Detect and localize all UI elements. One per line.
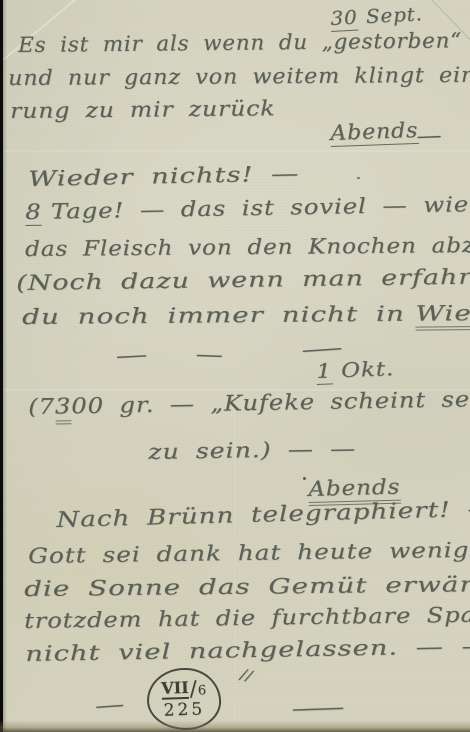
separator-dash: — — [195, 342, 224, 367]
footer-dash-left: — — [94, 692, 126, 718]
date-heading-sept: 30Sept. — [330, 4, 423, 31]
stamp-roman-numeral: VII — [161, 680, 189, 700]
paper-speck-red — [303, 477, 306, 480]
stamp-fraction: VII / 6 — [161, 678, 206, 701]
handwriting-line: Wieder nichts! — — [28, 161, 300, 191]
manuscript-page: 30Sept. Es ist mir als wenn du „gestorbe… — [0, 0, 470, 732]
underlined-number: 8 — [25, 200, 42, 226]
stray-pencil-marks: // — [239, 666, 255, 686]
underlined-wien: Wien — [415, 301, 470, 331]
handwriting-line: zu sein.) — — — [148, 436, 356, 464]
stamp-six: 6 — [198, 684, 207, 697]
handwriting-line: (7300 gr. — „Kufeke scheint sehr gut — [28, 387, 470, 421]
handwriting-line: das Fleisch von den Knochen abziehen. — — [25, 232, 470, 261]
handwriting-line: rung zu mir zurück — [10, 96, 276, 123]
page-edge-left-shadow — [3, 0, 7, 732]
handwriting-line: 8Tage! — das ist soviel — wie einem — [25, 191, 470, 225]
handwriting-line: (Noch dazu wenn man erfahren, daß — [16, 263, 470, 295]
handwriting-line: Gott sei dank hat heute wenigstens — [28, 537, 470, 568]
date-day: 1 — [316, 358, 332, 385]
signoff-abends: Abends — [330, 118, 419, 145]
separator-dash: — — [115, 342, 149, 368]
date-month: Okt. — [341, 356, 395, 382]
crease-horizontal-upper — [0, 150, 470, 152]
paper-speck-dark — [357, 177, 360, 179]
date-month: Sept. — [365, 3, 423, 28]
handwriting-line: Nach Brünn telegraphiert! — — [56, 498, 470, 534]
handwriting-line: du noch immer nicht inWien.) — [22, 301, 470, 329]
trailing-dash: — — [416, 123, 443, 148]
footer-dash-right: — — [290, 695, 348, 722]
handwriting-line: nicht viel nachgelassen. — — — — [25, 633, 470, 666]
underlined-digit: 3 — [55, 394, 72, 424]
page-edge-bottom — [0, 720, 470, 732]
handwriting-line: Es ist mir als wenn du „gestorben“ wärst… — [18, 27, 470, 57]
signoff-abends: Abends — [308, 475, 401, 502]
stamp-slash: / — [189, 679, 197, 700]
date-heading-okt: 1Okt. — [316, 357, 395, 383]
handwriting-line: und nur ganz von weitem klingt eine Erin… — [8, 62, 470, 90]
handwriting-line: trotzdem hat die furchtbare Spannung — [24, 602, 470, 634]
handwriting-line: die Sonne das Gemüt erwärmt — — [24, 571, 470, 601]
stamp-number: 225 — [163, 701, 205, 719]
date-day: 30 — [330, 7, 358, 32]
